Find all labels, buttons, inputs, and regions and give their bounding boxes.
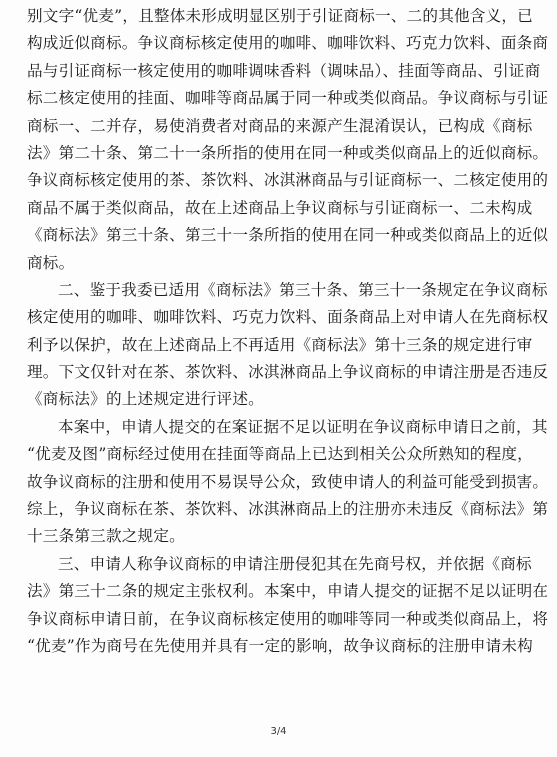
text-line: 别文字“优麦”，且整体未形成明显区别于引证商标一、二的其他含义，已	[27, 3, 528, 30]
document-body: 别文字“优麦”，且整体未形成明显区别于引证商标一、二的其他含义，已 构成近似商标…	[27, 3, 528, 660]
text-line: 争议商标核定使用的茶、茶饮料、冰淇淋商品与引证商标一、二核定使用的	[27, 167, 528, 194]
text-line: 构成近似商标。争议商标核定使用的咖啡、咖啡饮料、巧克力饮料、面条商	[27, 30, 528, 57]
text-line: 《商标法》第三十条、第三十一条所指的使用在同一种或类似商品上的近似	[27, 222, 528, 249]
text-line: 《商标法》的上述规定进行评述。	[27, 386, 528, 413]
text-line: 法》第二十条、第二十一条所指的使用在同一种或类似商品上的近似商标。	[27, 140, 528, 167]
paragraph-start-line: 本案中，申请人提交的在案证据不足以证明在争议商标申请日之前，其	[27, 414, 528, 441]
text-line: 商标。	[27, 250, 528, 277]
text-line: 商品不属于类似商品，故在上述商品上争议商标与引证商标一、二未构成	[27, 195, 528, 222]
paragraph-start-line: 三、申请人称争议商标的申请注册侵犯其在先商号权，并依据《商标	[27, 551, 528, 578]
paragraph-start-line: 二、鉴于我委已适用《商标法》第三十条、第三十一条规定在争议商标	[27, 277, 528, 304]
text-line: 利予以保护，故在上述商品上不再适用《商标法》第十三条的规定进行审	[27, 332, 528, 359]
text-line: 十三条第三款之规定。	[27, 523, 528, 550]
text-line: 核定使用的咖啡、咖啡饮料、巧克力饮料、面条商品上对申请人在先商标权	[27, 304, 528, 331]
text-line: 理。下文仅针对在茶、茶饮料、冰淇淋商品上争议商标的申请注册是否违反	[27, 359, 528, 386]
text-line: 争议商标申请日前，在争议商标核定使用的咖啡等同一种或类似商品上，将	[27, 606, 528, 633]
text-line: 故争议商标的注册和使用不易误导公众，致使申请人的利益可能受到损害。	[27, 469, 528, 496]
page-number: 3/4	[0, 726, 557, 737]
text-line: 商标一、二并存，易使消费者对商品的来源产生混淆误认，已构成《商标	[27, 113, 528, 140]
text-line: 综上，争议商标在茶、茶饮料、冰淇淋商品上的注册亦未违反《商标法》第	[27, 496, 528, 523]
text-line: 标二核定使用的挂面、咖啡等商品属于同一种或类似商品。争议商标与引证	[27, 85, 528, 112]
text-line: “优麦及图”商标经过使用在挂面等商品上已达到相关公众所熟知的程度，	[27, 441, 528, 468]
text-line: 品与引证商标一核定使用的咖啡调味香料（调味品）、挂面等商品、引证商	[27, 58, 528, 85]
text-line: “优麦”作为商号在先使用并具有一定的影响，故争议商标的注册申请未构	[27, 633, 528, 660]
text-line: 法》第三十二条的规定主张权利。本案中，申请人提交的证据不足以证明在	[27, 578, 528, 605]
